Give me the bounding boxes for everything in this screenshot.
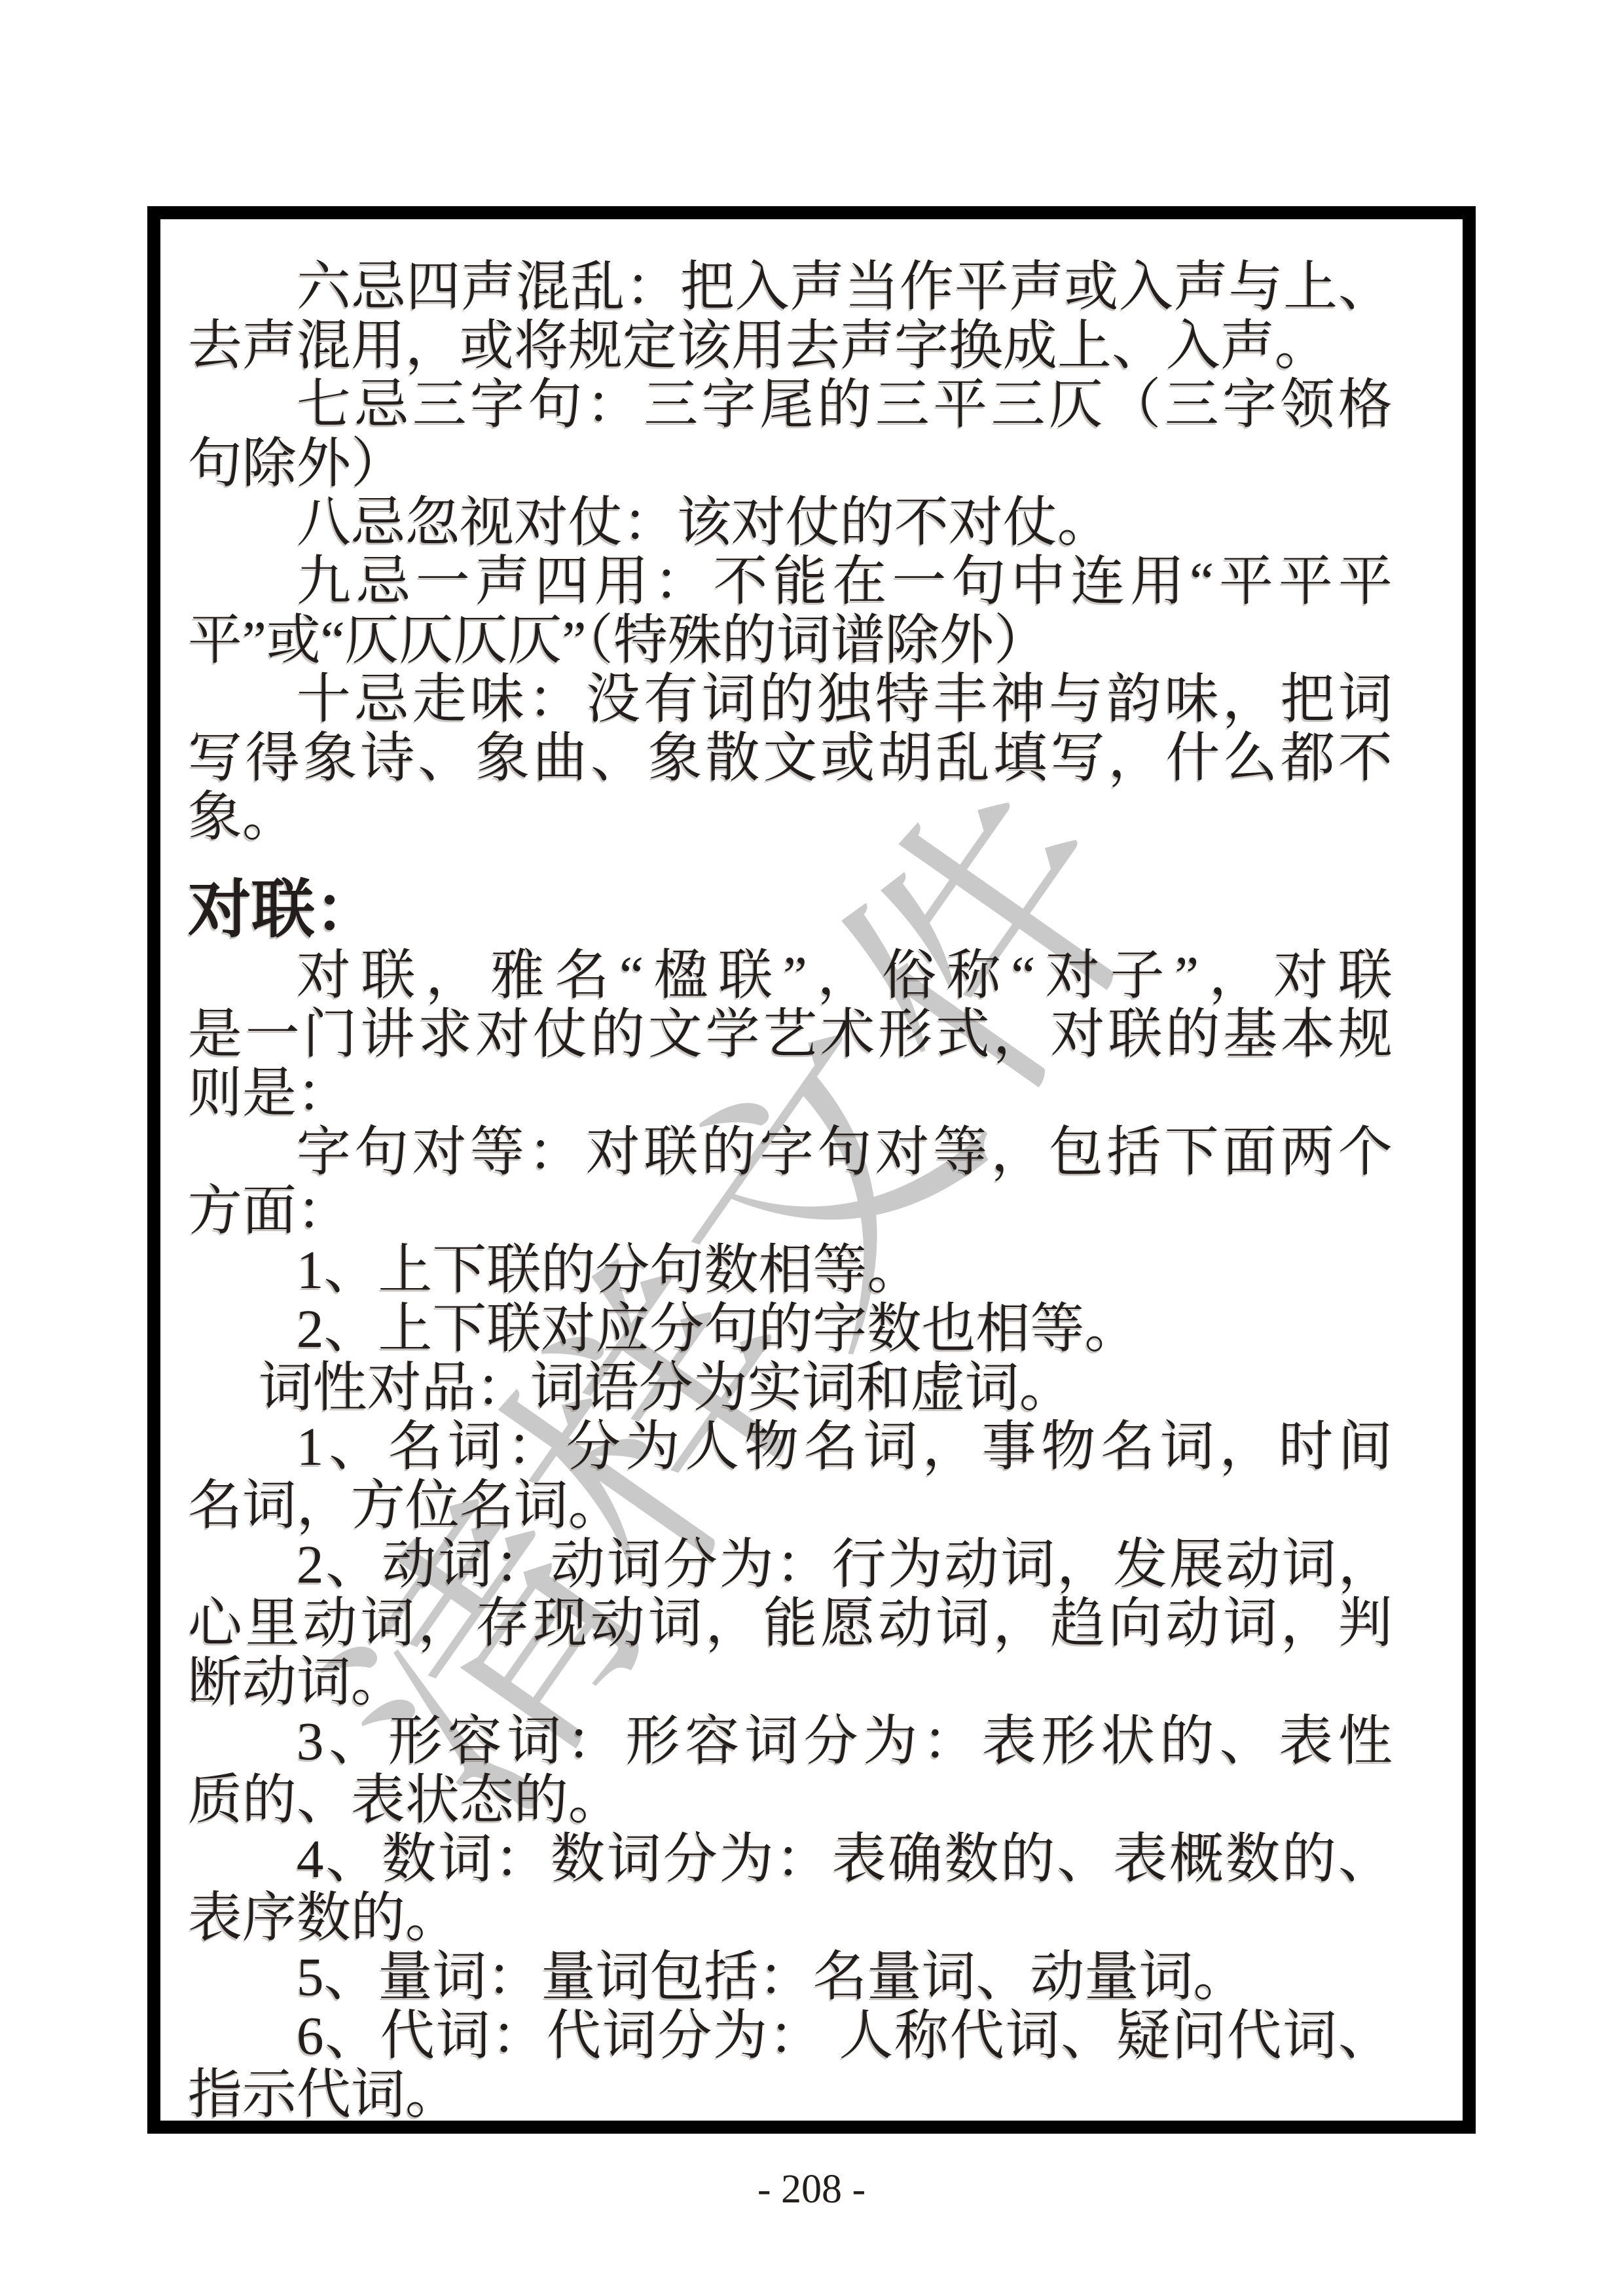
text-line: 4、数词：数词分为：表确数的、表概数的、 [188,1829,1393,1888]
text-line: 指示代词。 [188,2065,1393,2124]
text-line: 断动词。 [188,1653,1393,1712]
text-line: 对联，雅名“楹联”，俗称“对子”，对联 [188,946,1393,1005]
text-line: 句除外） [188,434,1393,493]
text-line: 字句对等：对联的字句对等，包括下面两个 [188,1122,1393,1181]
text-line: 6、代词：代词分为： 人称代词、疑问代词、 [188,2006,1393,2065]
text-column: 六忌四声混乱：把入声当作平声或入声与上、去声混用，或将规定该用去声字换成上、入声… [188,257,1393,2124]
text-line: 象。 [188,787,1393,846]
text-line: 八忌忽视对仗：该对仗的不对仗。 [188,493,1393,552]
text-line: 质的、表状态的。 [188,1770,1393,1829]
text-line: 词性对品：词语分为实词和虚词。 [188,1358,1393,1417]
text-line: 表序数的。 [188,1888,1393,1947]
text-line: 2、动词：动词分为：行为动词，发展动词， [188,1535,1393,1594]
text-line: 六忌四声混乱：把入声当作平声或入声与上、 [188,257,1393,316]
text-line: 2、上下联对应分句的字数也相等。 [188,1299,1393,1358]
text-line: 名词，方位名词。 [188,1476,1393,1535]
text-line: 方面： [188,1181,1393,1240]
lines-after-heading: 对联，雅名“楹联”，俗称“对子”，对联是一门讲求对仗的文学艺术形式，对联的基本规… [188,946,1393,2124]
text-line: 九忌一声四用：不能在一句中连用“平平平 [188,552,1393,611]
text-line: 七忌三字句：三字尾的三平三仄（三字领格 [188,375,1393,434]
text-line: 去声混用，或将规定该用去声字换成上、入声。 [188,316,1393,375]
text-line: 1、名词：分为人物名词，事物名词，时间 [188,1417,1393,1476]
lines-before-heading: 六忌四声混乱：把入声当作平声或入声与上、去声混用，或将规定该用去声字换成上、入声… [188,257,1393,846]
text-line: 1、上下联的分句数相等。 [188,1240,1393,1299]
text-line: 3、形容词：形容词分为：表形状的、表性 [188,1712,1393,1770]
text-line: 是一门讲求对仗的文学艺术形式，对联的基本规 [188,1005,1393,1064]
text-line: 心里动词，存现动词，能愿动词，趋向动词，判 [188,1594,1393,1653]
text-line: 5、量词：量词包括：名量词、动量词。 [188,1947,1393,2006]
text-line: 十忌走味：没有词的独特丰神与韵味，把词 [188,670,1393,728]
section-heading: 对联： [188,876,1393,944]
text-line: 则是： [188,1064,1393,1122]
page-number: - 208 - [0,2166,1623,2213]
text-line: 写得象诗、象曲、象散文或胡乱填写，什么都不 [188,728,1393,787]
text-line: 平”或“仄仄仄仄”（特殊的词谱除外） [188,611,1393,670]
